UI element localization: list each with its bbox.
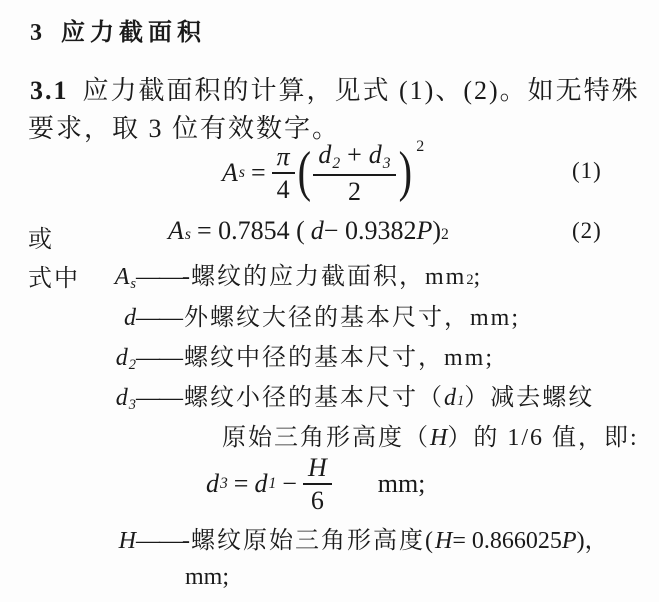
symbol-d3: d3 [100,385,136,414]
definition-dash: —— [136,305,182,332]
formula-var-d1: d [254,469,267,499]
clause-line-1: 3.1应力截面积的计算，见式 (1)、(2)。如无特殊 [30,70,640,107]
definition-row-d: d —— 外螺纹大径的基本尺寸，mm; [100,297,520,332]
subscript-1: 1 [268,475,276,493]
equation-1: As = π 4 ( d2+d3 2 ) 2 [222,140,424,206]
definition-dash: ——- [136,528,189,555]
formula-var-As: A [222,158,238,188]
formula-var-d2: d [318,140,331,169]
equals-sign: = [234,469,249,499]
definition-row-As: As ——- 螺纹的应力截面积，mm2; [100,256,480,293]
formula-var-H: H [430,425,447,452]
fraction-denominator-2: 2 [348,176,361,206]
subscript-3: 3 [383,155,391,172]
subscript-3: 3 [129,397,136,413]
fraction-numerator-pi: π [272,142,295,174]
fraction-pi-over-4: π 4 [272,142,295,204]
subscript-1: 1 [457,393,464,410]
definition-row-d2: d2 —— 螺纹中径的基本尺寸，mm; [100,337,494,374]
equation-1-number: (1) [572,158,602,184]
definition-row-d3: d3 —— 螺纹小径的基本尺寸（d1）减去螺纹 [100,377,594,414]
where-label: 式中 [28,258,80,293]
definition-text: )， [577,520,609,555]
superscript-2: 2 [466,272,473,289]
right-paren: ) [398,149,411,197]
definition-text: 螺纹中径的基本尺寸，mm; [184,337,494,372]
formula-var-d1: d [444,385,456,412]
symbol-As: As [100,264,136,293]
equation-2-minus-term: − 0.9382 [324,216,417,246]
equation-2: As = 0.7854 ( d − 0.9382 P ) 2 [168,216,449,246]
right-paren: ) [432,216,441,246]
formula-var-d: d [116,385,128,411]
formula-var-As: A [115,264,130,290]
clause-text-1: 应力截面积的计算，见式 (1)、(2)。如无特殊 [83,76,640,105]
definition-dash: —— [136,345,182,372]
document-page: 3应力截面积 3.1应力截面积的计算，见式 (1)、(2)。如无特殊 要求，取 … [0,0,659,602]
equation-2-number: (2) [572,218,602,244]
definition-text: = 0.866025 [452,528,562,555]
formula-var-As: A [168,216,184,246]
definition-text: 外螺纹大径的基本尺寸，mm; [184,297,520,332]
subscript-s: s [239,164,245,182]
definition-dash: ——- [136,264,189,291]
formula-var-H: H [435,528,452,555]
equation-2-lead: 或 [28,219,54,254]
formula-var-d3: d [206,469,219,499]
fraction-denominator-6: 6 [311,485,324,515]
formula-var-P: P [562,528,577,555]
equals-sign: = [251,158,266,188]
fraction-denominator-4: 4 [277,174,290,204]
exponent-2: 2 [416,138,424,156]
equation-2-coefficient: = 0.7854 ( [197,216,305,246]
subscript-2: 2 [332,155,340,172]
formula-var-d: d [116,345,128,371]
exponent-2: 2 [441,226,449,244]
plus-sign: + [347,140,362,169]
definition-tail: ; [474,264,481,291]
fraction-numerator: d2+d3 [313,140,395,175]
formula-var-P: P [416,216,432,246]
fraction-H-over-6: H 6 [303,453,332,515]
symbol-d: d [100,305,136,332]
fraction-numerator-H: H [303,453,332,485]
definition-row-H: H ——- 螺纹原始三角形高度(H = 0.866025P)， [100,520,609,555]
definition-text: ）减去螺纹 [464,377,594,412]
definition-row-H-continued: mm; [185,564,229,591]
section-number: 3 [30,20,47,46]
subscript-s: s [185,226,191,244]
left-paren: ( [297,149,310,197]
formula-var-d: d [311,216,324,246]
definition-text: 螺纹的应力截面积，mm [191,256,466,291]
formula-var-d3: d [369,140,382,169]
d3-formula: d3 = d1 − H 6 mm; [206,455,425,513]
section-title: 应力截面积 [61,20,206,46]
definition-text: 螺纹小径的基本尺寸（ [184,377,444,412]
subscript-2: 2 [129,357,136,373]
definition-dash: —— [136,385,182,412]
section-heading: 3应力截面积 [30,12,206,47]
definition-text: 原始三角形高度（ [222,417,430,452]
definition-row-d3-continued: 原始三角形高度（H）的 1/6 值，即: [222,417,639,452]
clause-number: 3.1 [30,76,69,105]
symbol-d2: d2 [100,345,136,374]
symbol-H: H [100,528,136,555]
unit-mm: mm; [378,469,426,499]
definition-text: ）的 1/6 值，即: [447,417,638,452]
minus-sign: − [282,469,297,499]
definition-text: 螺纹原始三角形高度( [191,520,435,555]
fraction-d2-plus-d3-over-2: d2+d3 2 [313,140,395,205]
subscript-3: 3 [220,475,228,493]
